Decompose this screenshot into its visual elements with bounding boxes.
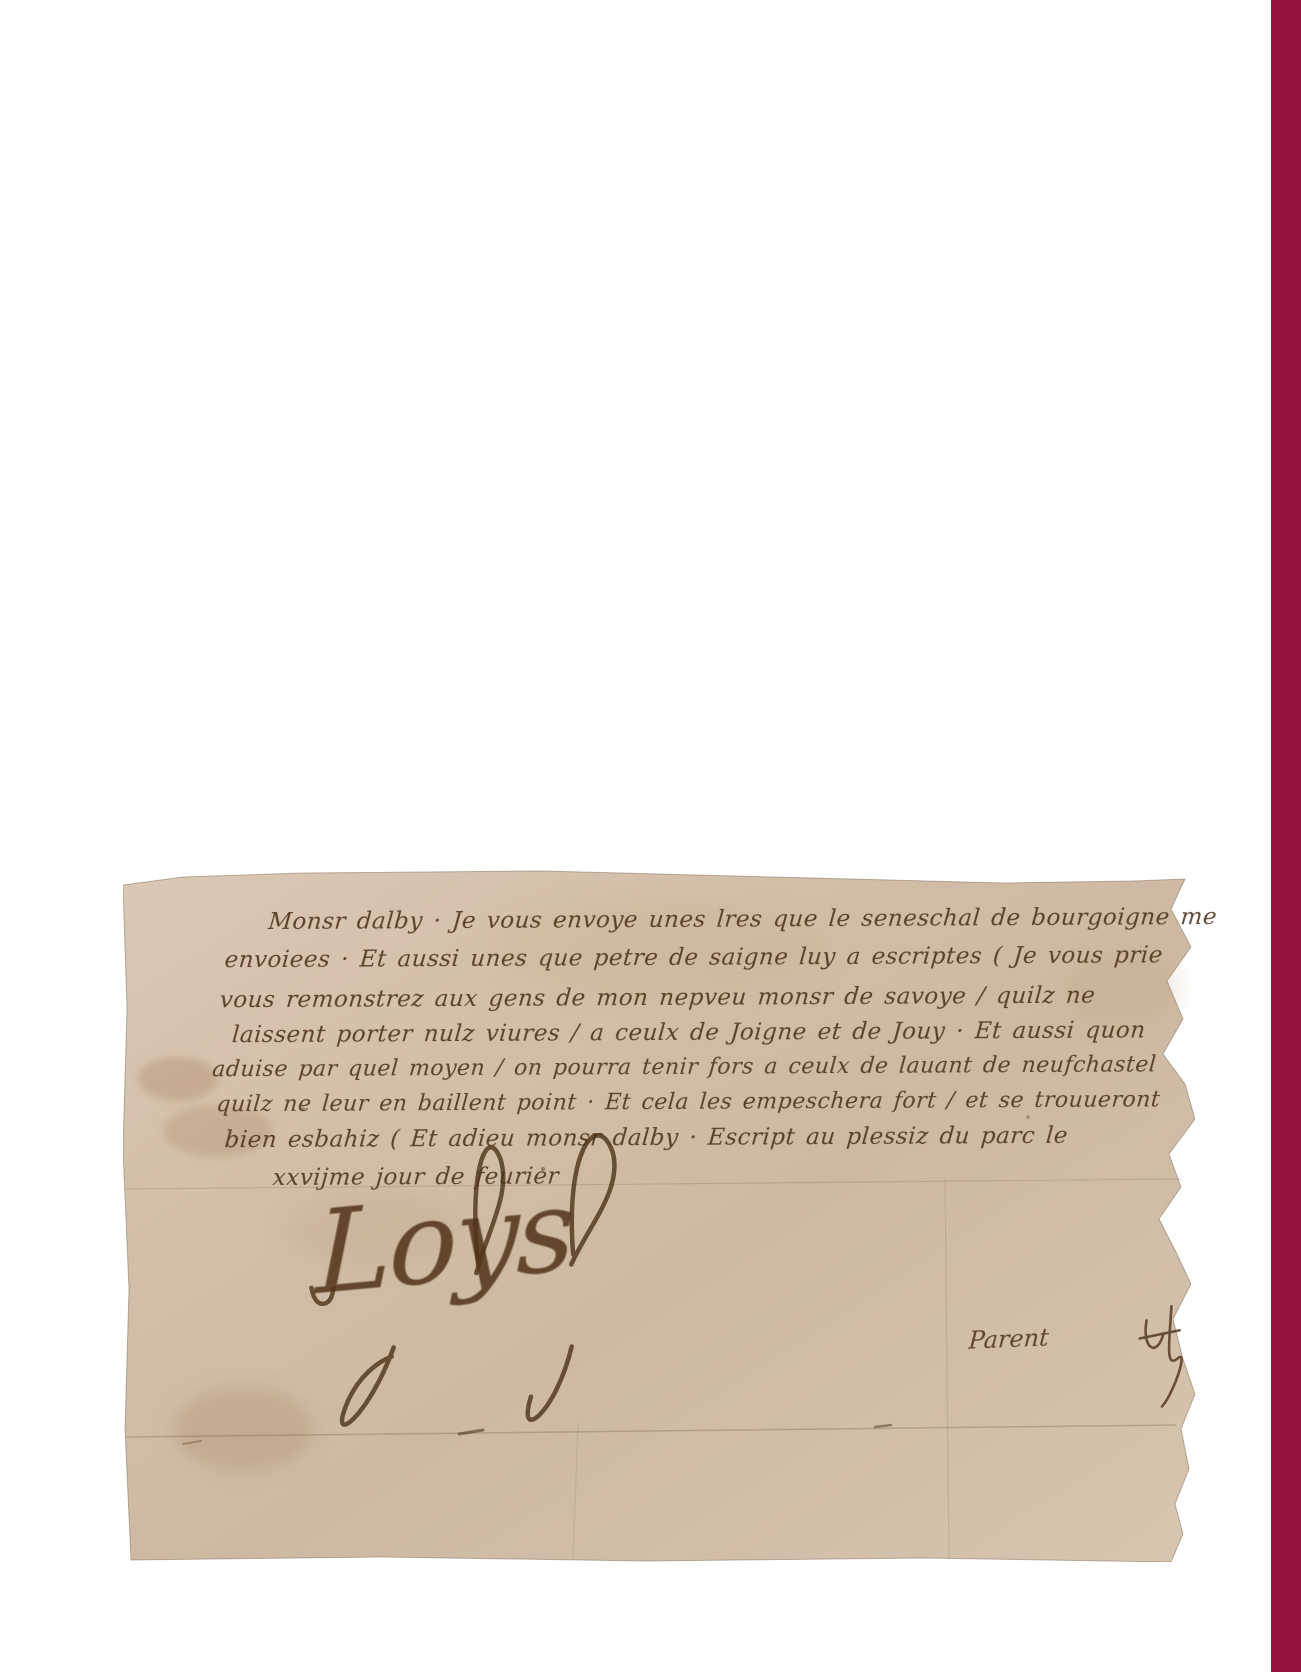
manuscript-line: vous remonstrez aux gens de mon nepveu m… bbox=[219, 983, 1097, 1014]
manuscript-line: laissent porter nulz viures / a ceulx de… bbox=[231, 1017, 1147, 1048]
manuscript-photo: Monsr dalby · Je vous envoye unes lres q… bbox=[123, 869, 1208, 1562]
accent-bar bbox=[1271, 0, 1301, 1672]
handwriting-layer: Monsr dalby · Je vous envoye unes lres q… bbox=[121, 866, 1210, 1565]
paraph-flourish bbox=[1131, 1298, 1196, 1414]
signature-flourish bbox=[272, 1114, 694, 1456]
catalog-page: Monsr dalby · Je vous envoye unes lres q… bbox=[0, 0, 1301, 1672]
countersignature: Parent bbox=[968, 1324, 1050, 1355]
manuscript-line: aduise par quel moyen / on pourra tenir … bbox=[211, 1052, 1157, 1082]
manuscript-line: quilz ne leur en baillent point · Et cel… bbox=[215, 1087, 1161, 1117]
manuscript-line: Monsr dalby · Je vous envoye unes lres q… bbox=[267, 904, 1218, 935]
manuscript-line: envoiees · Et aussi unes que petre de sa… bbox=[224, 942, 1164, 973]
